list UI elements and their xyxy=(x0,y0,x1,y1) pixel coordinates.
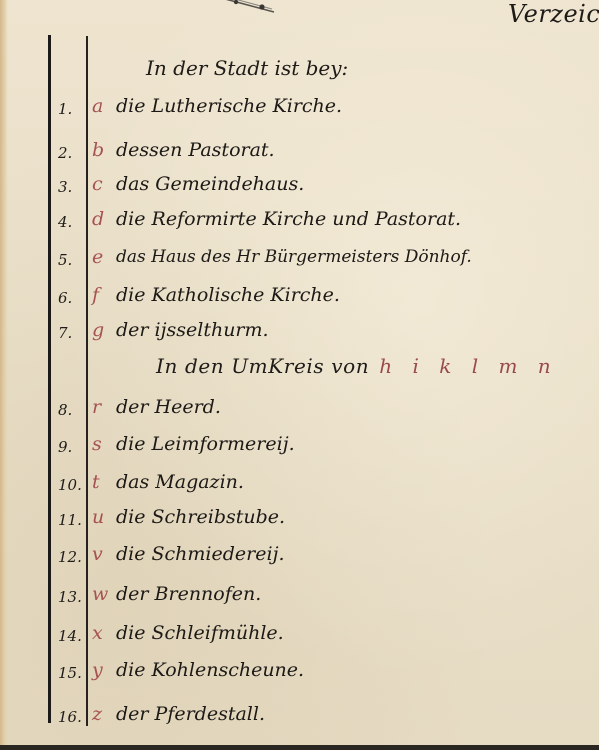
entry-key: f xyxy=(92,284,99,306)
list-item: 15. y die Kohlenscheune. xyxy=(0,656,599,686)
entry-number: 10. xyxy=(58,476,84,494)
entry-number: 4. xyxy=(58,213,84,231)
entry-label: die Leimformereij. xyxy=(116,433,295,455)
entry-key: c xyxy=(92,173,103,195)
entry-key: z xyxy=(92,703,102,725)
entry-number: 11. xyxy=(58,511,84,529)
entry-number: 2. xyxy=(58,144,84,162)
section-heading: In der Stadt ist bey: xyxy=(146,56,348,80)
ink-mark-icon xyxy=(212,0,282,14)
entry-key: u xyxy=(92,506,104,528)
list-item: 1. a die Lutherische Kirche. xyxy=(0,92,599,122)
entry-key: t xyxy=(92,471,100,493)
list-item: 3. c das Gemeindehaus. xyxy=(0,170,599,200)
entry-label: die Schreibstube. xyxy=(116,506,285,528)
list-item: 12. v die Schmiedereij. xyxy=(0,540,599,570)
entry-label: der ijsselthurm. xyxy=(116,319,269,341)
entry-label: die Kohlenscheune. xyxy=(116,659,304,681)
list-item: 5. e das Haus des Hr Bürgermeisters Dönh… xyxy=(0,243,599,273)
entry-label: die Schmiedereij. xyxy=(116,543,285,565)
manuscript-page: Verzeic In der Stadt ist bey: 1. a die L… xyxy=(0,0,599,745)
entry-number: 9. xyxy=(58,438,84,456)
entry-number: 16. xyxy=(58,708,84,726)
entry-label: der Brennofen. xyxy=(116,583,261,605)
list-item: 14. x die Schleifmühle. xyxy=(0,619,599,649)
entry-label: das Haus des Hr Bürgermeisters Dönhof. xyxy=(116,247,472,267)
entry-key: g xyxy=(92,319,104,341)
subheading-text: In den UmKreis von xyxy=(156,354,369,378)
entry-number: 3. xyxy=(58,178,84,196)
entry-key: x xyxy=(92,622,103,644)
entry-key: a xyxy=(92,95,103,117)
entry-label: der Pferdestall. xyxy=(116,703,265,725)
list-item: 9. s die Leimformereij. xyxy=(0,430,599,460)
list-item: 10. t das Magazin. xyxy=(0,468,599,498)
list-item: 16. z der Pferdestall. xyxy=(0,700,599,730)
entry-number: 6. xyxy=(58,289,84,307)
entry-label: die Schleifmühle. xyxy=(116,622,284,644)
entry-label: der Heerd. xyxy=(116,396,221,418)
entry-key: w xyxy=(92,583,108,605)
list-item: 6. f die Katholische Kirche. xyxy=(0,281,599,311)
list-item: 11. u die Schreibstube. xyxy=(0,503,599,533)
entry-number: 15. xyxy=(58,664,84,682)
entry-label: das Gemeindehaus. xyxy=(116,173,304,195)
entry-label: die Katholische Kirche. xyxy=(116,284,340,306)
entry-label: dessen Pastorat. xyxy=(116,139,275,161)
entry-key: b xyxy=(92,139,104,161)
entry-number: 1. xyxy=(58,100,84,118)
entry-number: 14. xyxy=(58,627,84,645)
entry-key: v xyxy=(92,543,103,565)
corner-heading: Verzeic xyxy=(508,0,599,28)
entry-label: das Magazin. xyxy=(116,471,244,493)
list-item: 4. d die Reformirte Kirche und Pastorat. xyxy=(0,205,599,235)
list-item: 8. r der Heerd. xyxy=(0,393,599,423)
section-subheading: In den UmKreis vonh i k l m n xyxy=(156,354,558,378)
subheading-letters: h i k l m n xyxy=(379,354,557,378)
entry-key: d xyxy=(92,208,104,230)
list-item: 13. w der Brennofen. xyxy=(0,580,599,610)
entry-key: e xyxy=(92,246,103,268)
entry-number: 5. xyxy=(58,251,84,269)
list-item: 2. b dessen Pastorat. xyxy=(0,136,599,166)
entry-key: y xyxy=(92,659,103,681)
entry-number: 12. xyxy=(58,548,84,566)
entry-key: s xyxy=(92,433,102,455)
entry-number: 7. xyxy=(58,324,84,342)
bottom-border xyxy=(0,745,599,750)
entry-number: 13. xyxy=(58,588,84,606)
list-item: 7. g der ijsselthurm. xyxy=(0,316,599,346)
entry-number: 8. xyxy=(58,401,84,419)
entry-label: die Lutherische Kirche. xyxy=(116,95,342,117)
entry-label: die Reformirte Kirche und Pastorat. xyxy=(116,208,461,230)
entry-key: r xyxy=(92,396,101,418)
